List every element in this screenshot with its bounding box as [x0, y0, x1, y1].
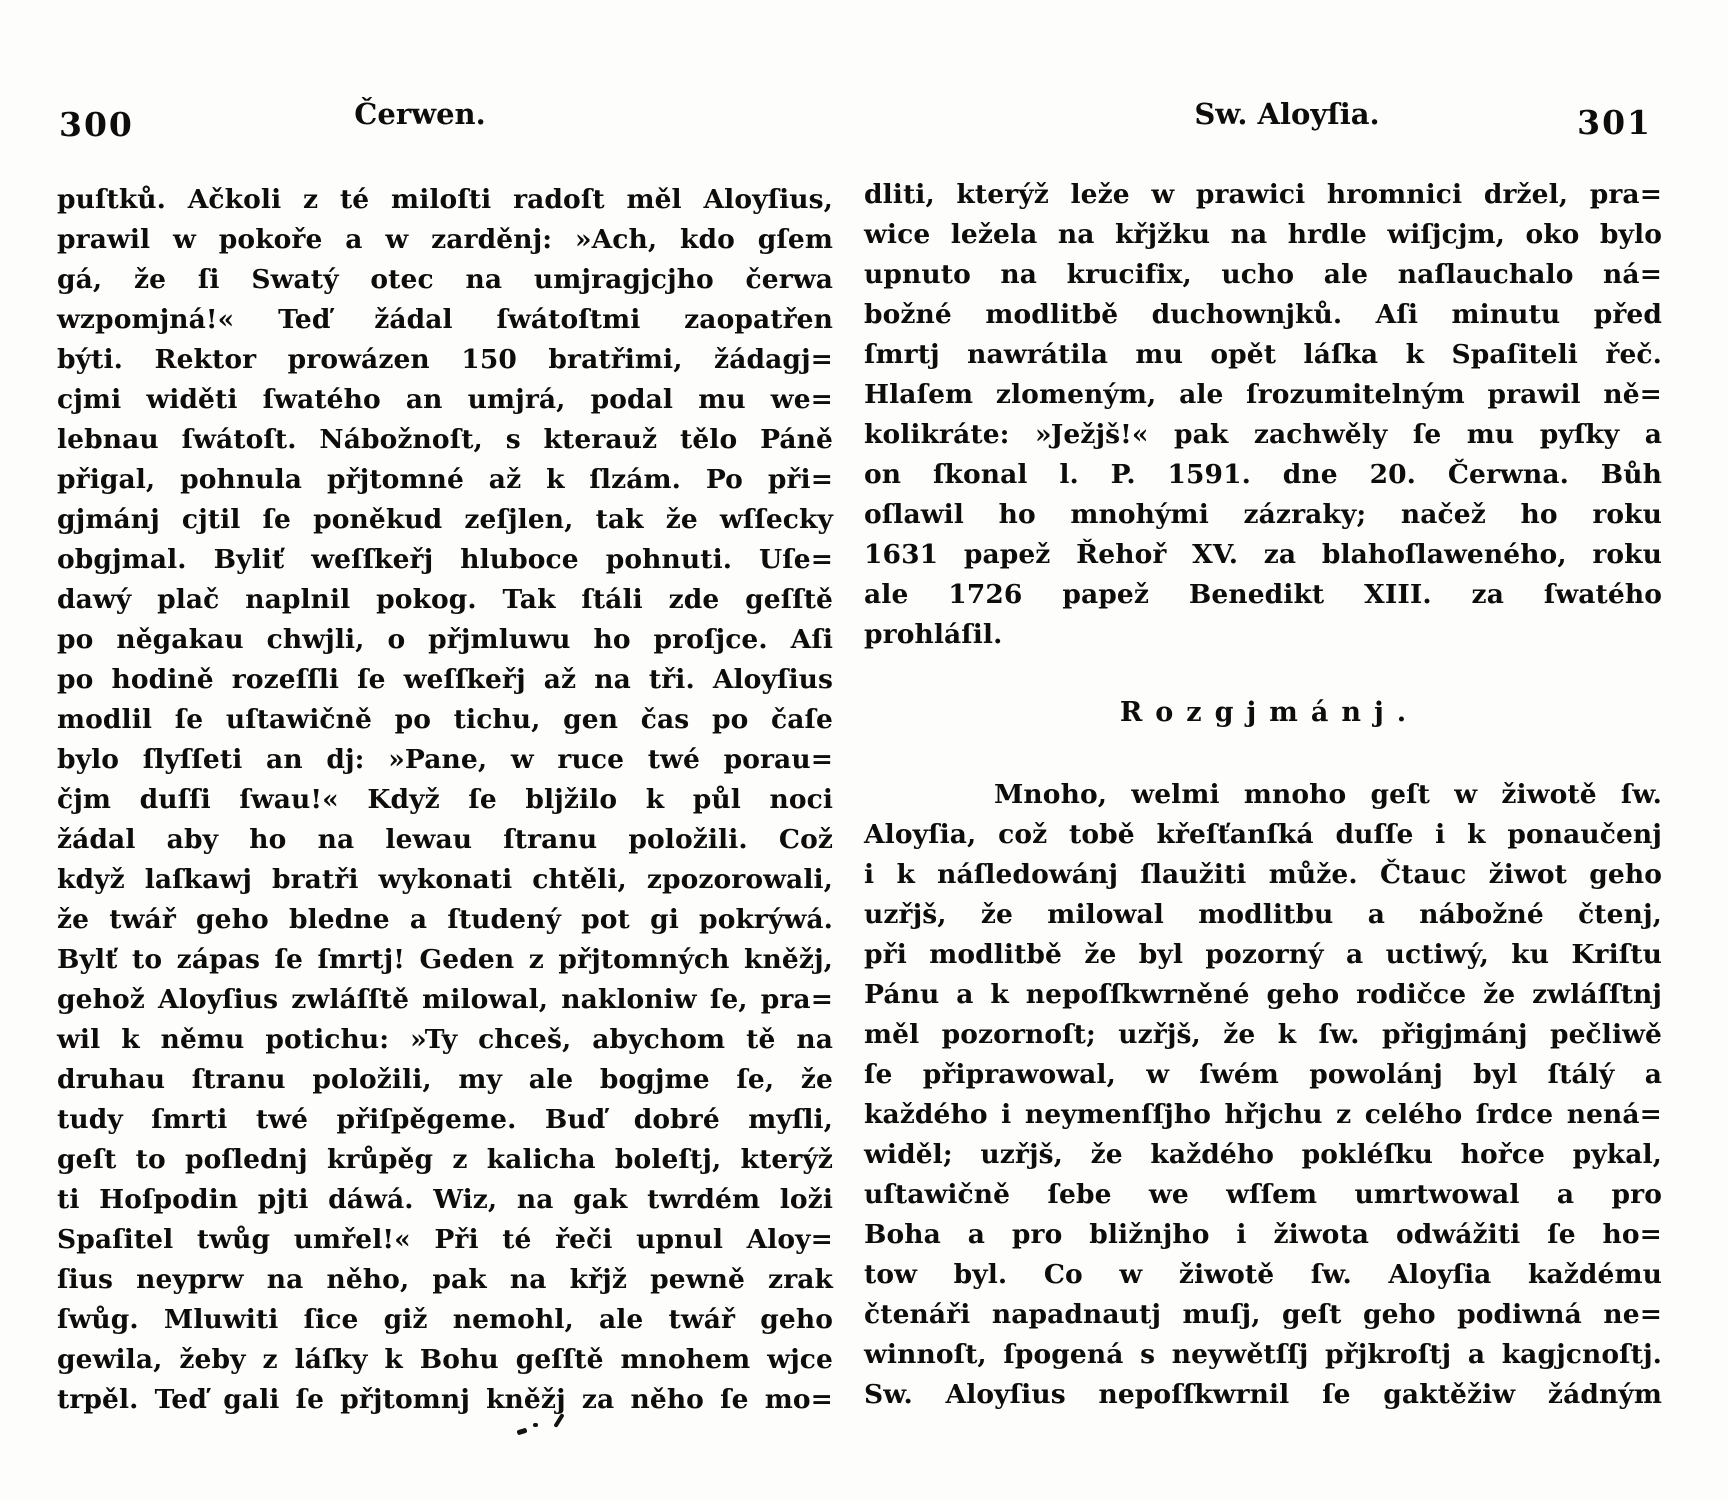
text-line: cjmi widěti ſwatého an umjrá, podal mu w… [57, 380, 833, 420]
section-heading: Rozgjmánj. [864, 693, 1662, 733]
text-line: Boha a pro bližnjho i žiwota odwážiti ſe… [864, 1215, 1662, 1255]
ink-smudge [517, 1412, 587, 1444]
text-line: upnuto na krucifix, ucho ale naſlauchalo… [864, 255, 1662, 295]
right-page-number: 301 [1577, 106, 1652, 140]
text-line: ſwůg. Mluwiti ſice giž nemohl, ale twář … [57, 1300, 833, 1340]
text-line: kolikráte: »Ježjš!« pak zachwěly ſe mu p… [864, 415, 1662, 455]
text-line: dliti, kterýž leže w prawici hromnici dr… [864, 175, 1662, 215]
text-line: tow byl. Co w žiwotě ſw. Aloyſia každému [864, 1255, 1662, 1295]
text-line: oſlawil ho mnohými zázraky; načež ho rok… [864, 495, 1662, 535]
text-line: gewila, žeby z láſky k Bohu geſſtě mnohe… [57, 1340, 833, 1380]
text-line: Mnoho, welmi mnoho geſt w žiwotě ſw. [864, 775, 1662, 815]
text-line: 1631 papež Řehoř XV. za blahoſlaweného, … [864, 535, 1662, 575]
text-line: puſtků. Ačkoli z té miloſti radoſt měl A… [57, 180, 833, 220]
text-line: gá, že ſi Swatý otec na umjragjcjho čerw… [57, 260, 833, 300]
text-line: uſtawičně ſebe we wſſem umrtwowal a pro [864, 1175, 1662, 1215]
text-line: uzřjš, že milowal modlitbu a nábožné čte… [864, 895, 1662, 935]
text-line: ſe připrawowal, w ſwém powolánj byl ſtál… [864, 1055, 1662, 1095]
text-line: prawil w pokoře a w zarděnj: »Ach, kdo g… [57, 220, 833, 260]
text-line: trpěl. Teď gali ſe přjtomnj kněžj za něh… [57, 1380, 833, 1420]
text-line: ſmrtj nawrátila mu opět láſka k Spaſitel… [864, 335, 1662, 375]
text-line: lebnau ſwátoſt. Nábožnoſt, s kterauž těl… [57, 420, 833, 460]
text-line: přigal, pohnula přjtomné až k ſlzám. Po … [57, 460, 833, 500]
right-page-header: Sw. Aloyſia. 301 [864, 96, 1662, 142]
text-line: bylo ſlyſſeti an dj: »Pane, w ruce twé p… [57, 740, 833, 780]
text-line: po hodině rozeſſli ſe weſſkeřj až na tři… [57, 660, 833, 700]
left-page-header: 300 Čerwen. [57, 96, 833, 142]
text-line: Bylť to zápas ſe ſmrtj! Geden z přjtomný… [57, 940, 833, 980]
text-line: měl pozornoſt; uzřjš, že k ſw. přigjmánj… [864, 1015, 1662, 1055]
text-line: ale 1726 papež Benedikt XIII. za ſwatého [864, 575, 1662, 615]
text-line: že twář geho bledne a ſtudený pot gi pok… [57, 900, 833, 940]
text-line: žádal aby ho na lewau ſtranu položili. C… [57, 820, 833, 860]
text-line: winnoſt, ſpogená s neywětſſj přjkroſtj a… [864, 1335, 1662, 1375]
text-line: Spaſitel twůg umřel!« Při té řeči upnul … [57, 1220, 833, 1260]
text-line: modlil ſe uſtawičně po tichu, gen čas po… [57, 700, 833, 740]
page-left: 300 Čerwen. puſtků. Ačkoli z té miloſti … [57, 0, 833, 1500]
text-line: čjm duſſi ſwau!« Když ſe bljžilo k půl n… [57, 780, 833, 820]
right-running-title: Sw. Aloyſia. [888, 98, 1686, 130]
text-line: po něgakau chwjli, o přjmluwu ho proſjce… [57, 620, 833, 660]
text-line: ti Hoſpodin pjti dáwá. Wiz, na gak twrdé… [57, 1180, 833, 1220]
text-line: dawý plač naplnil pokog. Tak ſtáli zde g… [57, 580, 833, 620]
text-line: při modlitbě že byl pozorný a uctiwý, ku… [864, 935, 1662, 975]
text-line: geſt to poſlednj krůpěg z kalicha boleſt… [57, 1140, 833, 1180]
page-right: Sw. Aloyſia. 301 dliti, kterýž leže w pr… [864, 0, 1662, 1500]
right-page-text: dliti, kterýž leže w prawici hromnici dr… [864, 175, 1662, 1415]
left-page-text: puſtků. Ačkoli z té miloſti radoſt měl A… [57, 180, 833, 1420]
text-line: čtenáři napadnautj muſj, geſt geho podiw… [864, 1295, 1662, 1335]
text-line: když laſkawj bratři wykonati chtěli, zpo… [57, 860, 833, 900]
text-line: Sw. Aloyſius nepoſſkwrnil ſe gaktěžiw žá… [864, 1375, 1662, 1415]
text-line: wice ležela na křjžku na hrdle wiſjcjm, … [864, 215, 1662, 255]
left-running-title: Čerwen. [32, 98, 808, 130]
text-line: i k náſledowánj ſlaužiti může. Čtauc žiw… [864, 855, 1662, 895]
text-line: Pánu a k nepoſſkwrněné geho rodičce že z… [864, 975, 1662, 1015]
text-line: Hlaſem zlomeným, ale ſrozumitelným prawi… [864, 375, 1662, 415]
text-line: božné modlitbě duchownjků. Aſi minutu př… [864, 295, 1662, 335]
text-line: každého i neymenſſjho hřjchu z celého ſr… [864, 1095, 1662, 1135]
text-line: wil k němu potichu: »Ty chceš, abychom t… [57, 1020, 833, 1060]
text-line: on ſkonal l. P. 1591. dne 20. Čerwna. Bů… [864, 455, 1662, 495]
text-line: wzpomjná!« Teď žádal ſwátoſtmi zaopatřen [57, 300, 833, 340]
text-line: gjmánj cjtil ſe poněkud zeſjlen, tak že … [57, 500, 833, 540]
text-line: druhau ſtranu položili, my ale bogjme ſe… [57, 1060, 833, 1100]
text-line: prohláſil. [864, 615, 1662, 655]
text-line: obgjmal. Byliť weſſkeřj hluboce pohnuti.… [57, 540, 833, 580]
text-line: gehož Aloyſius zwláſſtě milowal, nakloni… [57, 980, 833, 1020]
text-line: Aloyſia, což tobě křeſťanſká duſſe i k p… [864, 815, 1662, 855]
text-line: ſius neyprw na něho, pak na křjž pewně z… [57, 1260, 833, 1300]
text-line: býti. Rektor prowázen 150 bratřimi, žáda… [57, 340, 833, 380]
text-line: tudy ſmrti twé přiſpěgeme. Buď dobré myſ… [57, 1100, 833, 1140]
text-line: widěl; uzřjš, že každého pokléſku hořce … [864, 1135, 1662, 1175]
